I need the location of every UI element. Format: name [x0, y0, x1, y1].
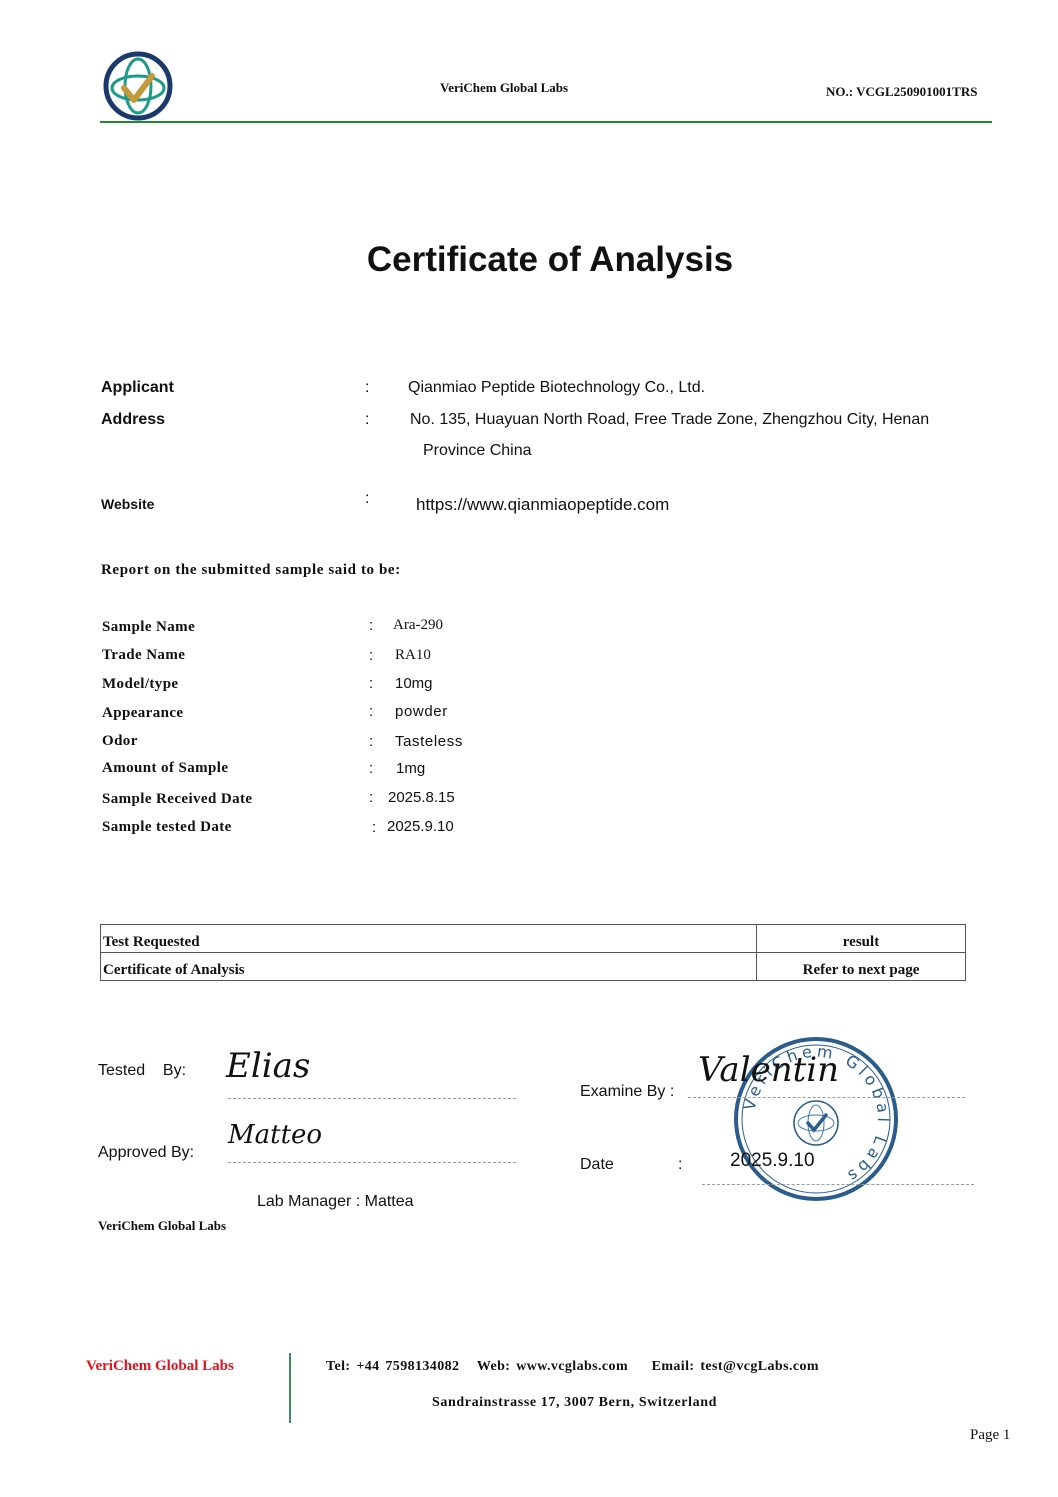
applicant-colon: :: [365, 379, 369, 397]
received-date-value: 2025.8.15: [388, 789, 455, 806]
appearance-colon: :: [369, 703, 373, 720]
examine-by-signature: Valentin: [698, 1050, 839, 1090]
model-type-value: 10mg: [395, 675, 433, 692]
amount-colon: :: [369, 760, 373, 777]
website-value: https://www.qianmiaopeptide.com: [416, 495, 669, 515]
footer-divider: [289, 1353, 291, 1423]
odor-value: Tasteless: [395, 733, 463, 750]
applicant-value: Qianmiao Peptide Biotechnology Co., Ltd.: [408, 379, 705, 397]
amount-value: 1mg: [396, 760, 425, 777]
address-colon: :: [365, 411, 369, 429]
address-label: Address: [101, 411, 165, 429]
header-divider: [100, 121, 992, 123]
footer-address: Sandrainstrasse 17, 3007 Bern, Switzerla…: [432, 1395, 717, 1411]
sample-name-colon: :: [369, 617, 373, 634]
tested-date-value: 2025.9.10: [387, 818, 454, 835]
examine-by-label: Examine By :: [580, 1083, 674, 1101]
applicant-label: Applicant: [101, 379, 174, 397]
date-label: Date: [580, 1156, 614, 1174]
page-title: Certificate of Analysis: [0, 240, 1058, 280]
received-date-label: Sample Received Date: [102, 791, 252, 808]
trade-name-label: Trade Name: [102, 647, 185, 664]
trade-name-value: RA10: [395, 647, 431, 664]
header-result: result: [757, 925, 966, 953]
tested-by-label: Tested By:: [98, 1062, 186, 1080]
header-test-requested: Test Requested: [101, 925, 757, 953]
report-heading: Report on the submitted sample said to b…: [101, 562, 401, 579]
approved-by-label: Approved By:: [98, 1144, 194, 1162]
tested-date-colon: :: [372, 819, 376, 836]
website-colon: :: [365, 490, 369, 508]
report-number: NO.: VCGL250901001TRS: [826, 84, 977, 100]
sample-name-label: Sample Name: [102, 619, 195, 636]
table-row: Certificate of Analysis Refer to next pa…: [101, 953, 966, 981]
amount-label: Amount of Sample: [102, 760, 228, 777]
date-line: [702, 1184, 974, 1185]
test-requested-table: Test Requested result Certificate of Ana…: [100, 924, 966, 981]
trade-name-colon: :: [369, 647, 373, 664]
model-type-label: Model/type: [102, 676, 179, 693]
appearance-value: powder: [395, 703, 448, 720]
received-date-colon: :: [369, 789, 373, 806]
tested-by-line: [228, 1098, 516, 1099]
approved-by-line: [228, 1162, 516, 1163]
address-value-line2: Province China: [423, 442, 532, 460]
company-logo-icon: [102, 50, 174, 122]
footer-contact: Tel: +44 7598134082 Web: www.vcglabs.com…: [326, 1359, 819, 1375]
lab-manager: Lab Manager : Mattea: [257, 1193, 414, 1211]
date-value: 2025.9.10: [730, 1150, 815, 1172]
website-label: Website: [101, 496, 154, 512]
signature-organization: VeriChem Global Labs: [98, 1218, 226, 1234]
tested-date-label: Sample tested Date: [102, 819, 232, 836]
sample-name-value: Ara-290: [393, 617, 443, 634]
approved-by-signature: Matteo: [228, 1120, 322, 1150]
address-value-line1: No. 135, Huayuan North Road, Free Trade …: [410, 411, 929, 429]
footer-brand: VeriChem Global Labs: [86, 1358, 234, 1375]
odor-colon: :: [369, 733, 373, 750]
page-number: Page 1: [970, 1427, 1010, 1444]
header-organization: VeriChem Global Labs: [440, 80, 568, 96]
appearance-label: Appearance: [102, 705, 184, 722]
cell-test-name: Certificate of Analysis: [101, 953, 757, 981]
model-type-colon: :: [369, 675, 373, 692]
date-colon: :: [678, 1156, 682, 1174]
examine-by-line: [688, 1097, 965, 1098]
cell-result: Refer to next page: [757, 953, 966, 981]
table-header-row: Test Requested result: [101, 925, 966, 953]
tested-by-signature: Elias: [226, 1046, 310, 1086]
odor-label: Odor: [102, 733, 138, 750]
